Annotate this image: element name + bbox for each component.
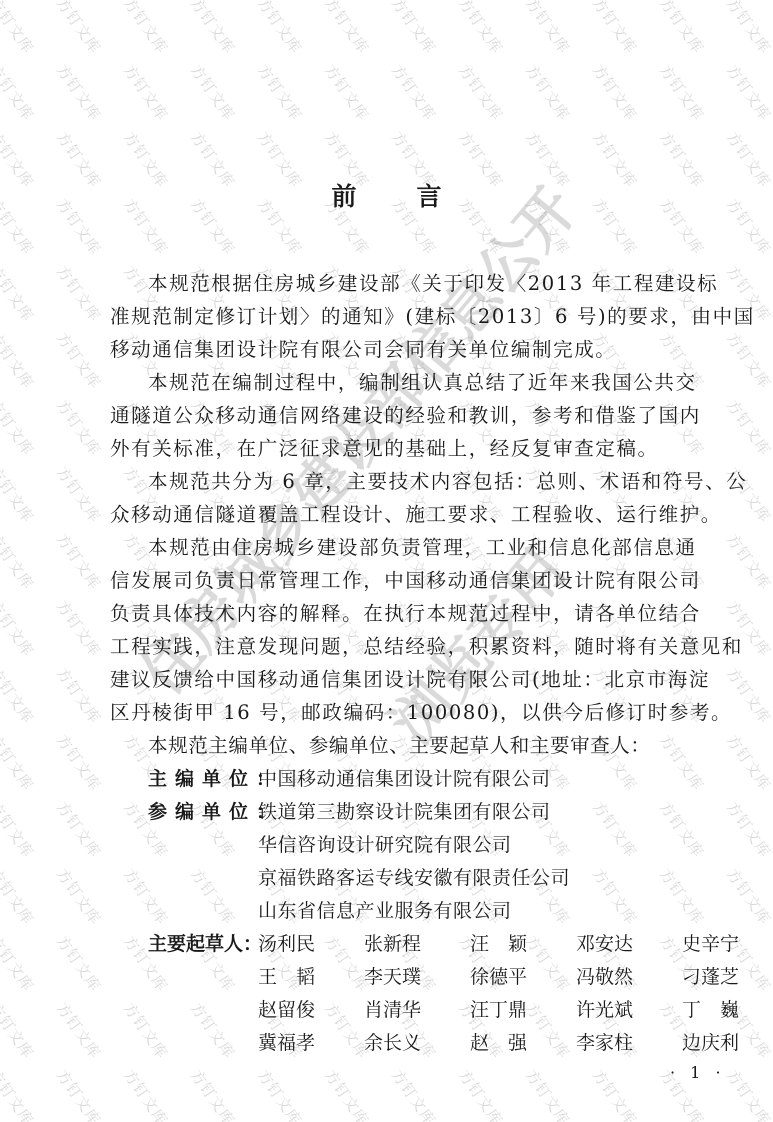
paragraph-4-line-2: 信发展司负责日常管理工作，中国移动通信集团设计院有限公司 [110, 569, 690, 593]
paragraph-4-line-1: 本规范由住房城乡建设部负责管理，工业和信息化部信息通 [148, 536, 728, 560]
drafter-name: 汤利民 [258, 932, 364, 956]
drafter-name: 赵留俊 [258, 998, 364, 1022]
page-title: 前言 [0, 177, 773, 213]
paragraph-1-line-1: 本规范根据住房城乡建设部《关于印发〈2013 年工程建设标 [148, 272, 728, 296]
paragraph-4-line-6: 区丹棱街甲 16 号，邮政编码：100080)，以供今后修订时参考。 [110, 701, 690, 725]
drafter-name: 徐德平 [470, 965, 576, 989]
participating-unit-3: 京福铁路客运专线安徽有限责任公司 [258, 866, 570, 890]
drafter-name: 丁 巍 [682, 998, 773, 1022]
paragraph-1-line-3: 移动通信集团设计院有限公司会同有关单位编制完成。 [110, 338, 690, 362]
drafter-name: 余长义 [364, 1031, 470, 1055]
drafter-name: 王 韬 [258, 965, 364, 989]
drafter-name: 李天璞 [364, 965, 470, 989]
drafters-row-1: 汤利民 张新程 汪 颖 邓安达 史辛宁 [258, 932, 773, 956]
paragraph-4-line-4: 工程实践，注意发现问题，总结经验，积累资料，随时将有关意见和 [110, 635, 690, 659]
document-page: 前言 本规范根据住房城乡建设部《关于印发〈2013 年工程建设标 准规范制定修订… [0, 0, 773, 1122]
drafter-name: 刁蓬芝 [682, 965, 773, 989]
drafter-name: 史辛宁 [682, 932, 773, 956]
drafter-name: 张新程 [364, 932, 470, 956]
paragraph-5-line-1: 本规范主编单位、参编单位、主要起草人和主要审查人： [148, 734, 728, 758]
drafters-row-2: 王 韬 李天璞 徐德平 冯敬然 刁蓬芝 [258, 965, 773, 989]
paragraph-4-line-5: 建议反馈给中国移动通信集团设计院有限公司(地址：北京市海淀 [110, 668, 690, 692]
paragraph-3-line-1: 本规范共分为 6 章，主要技术内容包括：总则、术语和符号、公 [148, 470, 728, 494]
participating-unit-2: 华信咨询设计研究院有限公司 [258, 833, 512, 857]
drafter-name: 赵 强 [470, 1031, 576, 1055]
participating-unit-4: 山东省信息产业服务有限公司 [258, 899, 512, 923]
paragraph-4-line-3: 负责具体技术内容的解释。在执行本规范过程中，请各单位结合 [110, 602, 690, 626]
chief-editor-value: 中国移动通信集团设计院有限公司 [258, 767, 551, 791]
drafter-name: 李家柱 [576, 1031, 682, 1055]
paragraph-3-line-2: 众移动通信隧道覆盖工程设计、施工要求、工程验收、运行维护。 [110, 503, 690, 527]
drafter-name: 汪 颖 [470, 932, 576, 956]
page-number: · 1 · [670, 1063, 726, 1082]
drafter-name: 冀福孝 [258, 1031, 364, 1055]
paragraph-1-line-2: 准规范制定修订计划〉的通知》(建标〔2013〕6 号)的要求，由中国 [110, 305, 690, 329]
drafter-name: 许光斌 [576, 998, 682, 1022]
drafter-name: 邓安达 [576, 932, 682, 956]
paragraph-2-line-3: 外有关标准，在广泛征求意见的基础上，经反复审查定稿。 [110, 437, 690, 461]
paragraph-2-line-2: 通隧道公众移动通信网络建设的经验和教训，参考和借鉴了国内 [110, 404, 690, 428]
drafter-name: 边庆利 [682, 1031, 773, 1055]
participating-unit-1: 铁道第三勘察设计院集团有限公司 [258, 800, 551, 824]
drafters-row-4: 冀福孝 余长义 赵 强 李家柱 边庆利 [258, 1031, 773, 1055]
drafters-row-3: 赵留俊 肖清华 汪丁鼎 许光斌 丁 巍 [258, 998, 773, 1022]
drafter-name: 汪丁鼎 [470, 998, 576, 1022]
main-drafters-label: 主要起草人： [148, 932, 262, 956]
drafter-name: 肖清华 [364, 998, 470, 1022]
paragraph-2-line-1: 本规范在编制过程中，编制组认真总结了近年来我国公共交 [148, 371, 728, 395]
drafter-name: 冯敬然 [576, 965, 682, 989]
